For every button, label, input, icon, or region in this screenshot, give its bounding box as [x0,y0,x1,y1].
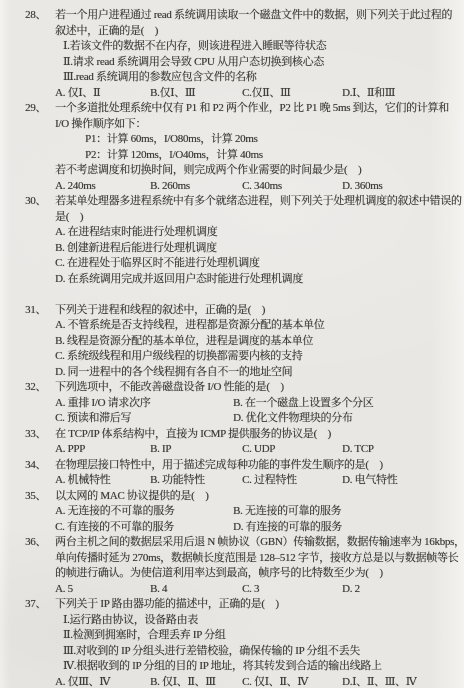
question-row: 29、一个多道批处理系统中仅有 P1 和 P2 两个作业，P2 比 P1 晚 5… [25,101,460,194]
question-block: 29、一个多道批处理系统中仅有 P1 和 P2 两个作业，P2 比 P1 晚 5… [25,101,460,194]
question-body: 一个多道批处理系统中仅有 P1 和 P2 两个作业，P2 比 P1 晚 5ms … [55,101,460,194]
question-row: 30、若某单处理器多进程系统中有多个就绪态进程，则下列关于处理机调度的叙述中错误… [25,194,460,303]
question-block: 37、下列关于 IP 路由器功能的描述中，正确的是( )Ⅰ.运行路由协议，设备路… [25,597,460,688]
option: A. 仅Ⅲ、Ⅳ [55,675,150,688]
options-row: C. 预读和滞后写D. 优化文件物理块的分布 [55,411,460,427]
options-row: A. 机械特性B. 功能特性C. 过程特性D. 电气特性 [55,473,460,489]
question-number: 31、 [25,303,55,319]
question-stem-line: 若某单处理器多进程系统中有多个就绪态进程，则下列关于处理机调度的叙述中错误的 [55,194,460,210]
option: C. 340ms [242,179,342,195]
option: B. 无连接的可靠的服务 [233,504,341,520]
question-stem-line: 以太网的 MAC 协议提供的是( ) [55,489,460,505]
option: C. 过程特性 [242,473,342,489]
options-row: A. 5B. 4C. 3D. 2 [55,582,460,598]
options-row: A. 240msB. 260msC. 340msD. 360ms [55,179,460,195]
question-block: 34、在物理层接口特性中，用于描述完成每种功能的事件发生顺序的是( )A. 机械… [25,458,460,489]
option-line: A. 在进程结束时能进行处理机调度 [55,225,460,241]
option: B. 4 [150,582,242,598]
question-row: 37、下列关于 IP 路由器功能的描述中，正确的是( )Ⅰ.运行路由协议，设备路… [25,597,460,688]
statement-item-line: Ⅲ.对收到的 IP 分组头进行差错校验，确保传输的 IP 分组不丢失 [55,644,460,660]
options-row: A. PPPB. IPC. UDPD. TCP [55,442,460,458]
option-line: A. 不管系统是否支持线程，进程都是资源分配的基本单位 [55,318,460,334]
option-line: B. 创建新进程后能进行处理机调度 [55,241,460,257]
option: B. IP [150,442,242,458]
option: A. PPP [55,442,150,458]
question-stem-line: 下列关于进程和线程的叙述中，正确的是( ) [55,303,460,319]
statement-item-line: Ⅰ.运行路由协议，设备路由表 [55,613,460,629]
question-body: 在 TCP/IP 体系结构中，直接为 ICMP 提供服务的协议是( )A. PP… [55,427,460,458]
option: D. 有连接的可靠的服务 [233,520,342,536]
question-block: 35、以太网的 MAC 协议提供的是( )A. 无连接的不可靠的服务B. 无连接… [25,489,460,536]
statement-item-line: Ⅱ.请求 read 系统调用会导致 CPU 从用户态切换到核心态 [55,55,460,71]
question-body: 下列关于 IP 路由器功能的描述中，正确的是( )Ⅰ.运行路由协议，设备路由表Ⅱ… [55,597,460,688]
option: C. 有连接的不可靠的服务 [55,520,233,536]
question-stem-line: 的帧进行确认。为使信道利用率达到最高，帧序号的比特数至少为( ) [55,566,460,582]
question-number: 32、 [25,380,55,396]
option: C. UDP [242,442,342,458]
question-stem-line: 单向传播时延为 270ms，数据帧长度范围是 128–512 字节，接收方总是以… [55,551,460,567]
question-stem-line: 在物理层接口特性中，用于描述完成每种功能的事件发生顺序的是( ) [55,458,460,474]
question-stem-line: I/O 操作顺序如下： [55,117,460,133]
option: D. 2 [342,582,360,598]
option-line: D. 在系统调用完成并返回用户态时能进行处理机调度 [55,272,460,288]
options-row: A. 仅Ⅲ、ⅣB. 仅Ⅰ、Ⅱ、ⅢC. 仅Ⅰ、Ⅱ、ⅣD.Ⅰ、Ⅱ、Ⅲ、Ⅳ [55,675,460,688]
question-block: 31、下列关于进程和线程的叙述中，正确的是( )A. 不管系统是否支持线程，进程… [25,303,460,381]
question-block: 28、若一个用户进程通过 read 系统调用读取一个磁盘文件中的数据，则下列关于… [25,8,460,101]
question-number: 36、 [25,535,55,551]
question-stem-line: 两台主机之间的数据层采用后退 N 帧协议（GBN）传输数据，数据传输速率为 16… [55,535,460,551]
question-row: 28、若一个用户进程通过 read 系统调用读取一个磁盘文件中的数据，则下列关于… [25,8,460,101]
option: D. 360ms [342,179,382,195]
option: B. 仅Ⅰ、Ⅱ、Ⅲ [150,675,242,688]
option: A. 机械特性 [55,473,150,489]
option: C. 3 [242,582,342,598]
question-number: 35、 [25,489,55,505]
question-row: 34、在物理层接口特性中，用于描述完成每种功能的事件发生顺序的是( )A. 机械… [25,458,460,489]
question-number: 33、 [25,427,55,443]
question-body: 若某单处理器多进程系统中有多个就绪态进程，则下列关于处理机调度的叙述中错误的是(… [55,194,460,303]
question-row: 32、下列选项中，不能改善磁盘设备 I/O 性能的是( )A. 重排 I/O 请… [25,380,460,427]
option: D. 优化文件物理块的分布 [233,411,353,427]
question-row: 35、以太网的 MAC 协议提供的是( )A. 无连接的不可靠的服务B. 无连接… [25,489,460,536]
statement-item-line: Ⅳ.根据收到的 IP 分组的目的 IP 地址，将其转发到合适的输出线路上 [55,659,460,675]
options-row: A. 仅Ⅰ、ⅡB.仅Ⅰ、ⅢC.仅Ⅱ、ⅢD.Ⅰ、Ⅱ和Ⅲ [55,86,460,102]
question-stem-line: 是( ) [55,210,460,226]
option-line: C. 系统级线程和用户级线程的切换都需要内核的支持 [55,349,460,365]
question-block: 32、下列选项中，不能改善磁盘设备 I/O 性能的是( )A. 重排 I/O 请… [25,380,460,427]
option: D. 电气特性 [342,473,397,489]
option: A. 240ms [55,179,150,195]
statement-item-line: Ⅰ.若该文件的数据不在内存，则该进程进入睡眠等待状态 [55,39,460,55]
question-stem-line: 下列关于 IP 路由器功能的描述中，正确的是( ) [55,597,460,613]
question-body: 在物理层接口特性中，用于描述完成每种功能的事件发生顺序的是( )A. 机械特性B… [55,458,460,489]
question-body: 两台主机之间的数据层采用后退 N 帧协议（GBN）传输数据，数据传输速率为 16… [55,535,460,597]
option: C. 仅Ⅰ、Ⅱ、Ⅳ [242,675,342,688]
statement-item-line: Ⅱ.检测到拥塞时，合理丢弃 IP 分组 [55,628,460,644]
question-stem-line: 一个多道批处理系统中仅有 P1 和 P2 两个作业，P2 比 P1 晚 5ms … [55,101,460,117]
question-row: 33、在 TCP/IP 体系结构中，直接为 ICMP 提供服务的协议是( )A.… [25,427,460,458]
question-number: 28、 [25,8,55,24]
question-number: 30、 [25,194,55,210]
options-row: C. 有连接的不可靠的服务D. 有连接的可靠的服务 [55,520,460,536]
question-number: 34、 [25,458,55,474]
option: D. TCP [342,442,374,458]
question-number: 37、 [25,597,55,613]
exam-page: 28、若一个用户进程通过 read 系统调用读取一个磁盘文件中的数据，则下列关于… [0,0,464,688]
question-stem-line: 若一个用户进程通过 read 系统调用读取一个磁盘文件中的数据，则下列关于此过程… [55,8,460,24]
question-body: 下列关于进程和线程的叙述中，正确的是( )A. 不管系统是否支持线程，进程都是资… [55,303,460,381]
question-body: 若一个用户进程通过 read 系统调用读取一个磁盘文件中的数据，则下列关于此过程… [55,8,460,101]
question-stem-line: 下列选项中，不能改善磁盘设备 I/O 性能的是( ) [55,380,460,396]
question-number: 29、 [25,101,55,117]
option: D.Ⅰ、Ⅱ、Ⅲ、Ⅳ [342,675,416,688]
option: A. 无连接的不可靠的服务 [55,504,233,520]
options-row: A. 重排 I/O 请求次序B. 在一个磁盘上设置多个分区 [55,396,460,412]
option: A. 5 [55,582,150,598]
option: D.Ⅰ、Ⅱ和Ⅲ [342,86,395,102]
job-sequence-line: P1：计算 60ms，I/O80ms，计算 20ms [55,132,460,148]
option-line: B. 线程是资源分配的基本单位，进程是调度的基本单位 [55,334,460,350]
question-body: 下列选项中，不能改善磁盘设备 I/O 性能的是( )A. 重排 I/O 请求次序… [55,380,460,427]
options-row: A. 无连接的不可靠的服务B. 无连接的可靠的服务 [55,504,460,520]
question-block: 36、两台主机之间的数据层采用后退 N 帧协议（GBN）传输数据，数据传输速率为… [25,535,460,597]
option: A. 重排 I/O 请求次序 [55,396,233,412]
option: C.仅Ⅱ、Ⅲ [242,86,342,102]
option: C. 预读和滞后写 [55,411,233,427]
statement-item-line: Ⅲ.read 系统调用的参数应包含文件的名称 [55,70,460,86]
option-line: D. 同一进程中的各个线程拥有各自不一的地址空间 [55,365,460,381]
question-row: 36、两台主机之间的数据层采用后退 N 帧协议（GBN）传输数据，数据传输速率为… [25,535,460,597]
option: A. 仅Ⅰ、Ⅱ [55,86,150,102]
question-body: 以太网的 MAC 协议提供的是( )A. 无连接的不可靠的服务B. 无连接的可靠… [55,489,460,536]
option-line: C. 在进程处于临界区时不能进行处理机调度 [55,256,460,272]
option: B. 在一个磁盘上设置多个分区 [233,396,373,412]
job-sequence-line: P2：计算 120ms，I/O40ms，计算 40ms [55,148,460,164]
question-block: 30、若某单处理器多进程系统中有多个就绪态进程，则下列关于处理机调度的叙述中错误… [25,194,460,303]
question-block: 33、在 TCP/IP 体系结构中，直接为 ICMP 提供服务的协议是( )A.… [25,427,460,458]
question-stem-line: 叙述中，正确的是( ) [55,24,460,40]
option: B.仅Ⅰ、Ⅲ [150,86,242,102]
blank-line [55,287,460,303]
option: B. 功能特性 [150,473,242,489]
question-stem-line: 在 TCP/IP 体系结构中，直接为 ICMP 提供服务的协议是( ) [55,427,460,443]
question-stem-line: 若不考虑调度和切换时间，则完成两个作业需要的时间最少是( ) [55,163,460,179]
question-row: 31、下列关于进程和线程的叙述中，正确的是( )A. 不管系统是否支持线程，进程… [25,303,460,381]
option: B. 260ms [150,179,242,195]
